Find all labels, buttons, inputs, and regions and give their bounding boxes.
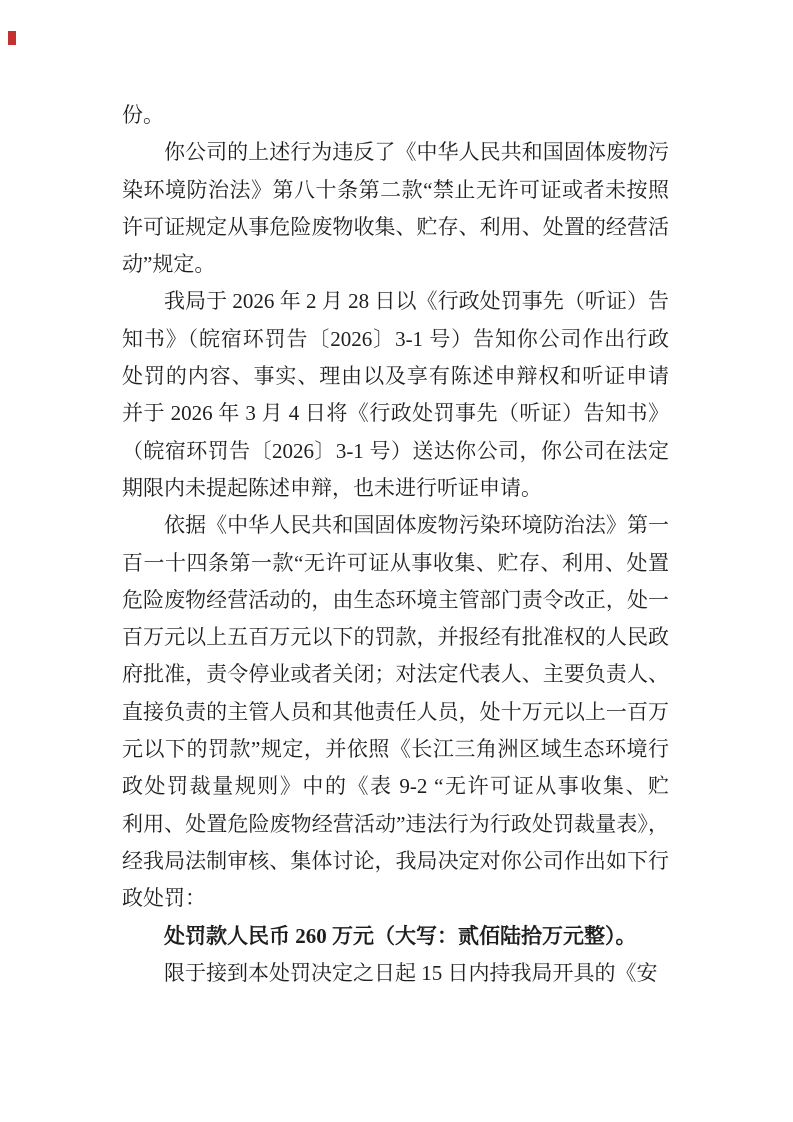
- carryover-line: 份。: [122, 97, 669, 134]
- penalty-amount: 处罚款人民币 260 万元（大写：贰佰陆拾万元整）。: [122, 918, 669, 955]
- text-line: 并于 2026 年 3 月 4 日将《行政处罚事先（听证）告知书》: [122, 395, 669, 432]
- text-line: 处罚的内容、事实、理由以及享有陈述申辩权和听证申请权，: [122, 358, 669, 395]
- text-line: 我局于 2026 年 2 月 28 日以《行政处罚事先（听证）告: [122, 283, 669, 320]
- text-line: 政处罚：: [122, 880, 669, 917]
- prior-notification: 我局于 2026 年 2 月 28 日以《行政处罚事先（听证）告知书》（皖宿环罚…: [122, 283, 669, 507]
- text-line: 你公司的上述行为违反了《中华人民共和国固体废物污: [122, 134, 669, 171]
- text-line: 危险废物经营活动的，由生态环境主管部门责令改正，处一: [122, 582, 669, 619]
- document-page: 份。你公司的上述行为违反了《中华人民共和国固体废物污染环境防治法》第八十条第二款…: [0, 0, 793, 1122]
- violation-clause: 你公司的上述行为违反了《中华人民共和国固体废物污染环境防治法》第八十条第二款“禁…: [122, 134, 669, 283]
- text-line: 知书》（皖宿环罚告〔2026〕3-1 号）告知你公司作出行政: [122, 321, 669, 358]
- legal-basis: 依据《中华人民共和国固体废物污染环境防治法》第一百一十四条第一款“无许可证从事收…: [122, 507, 669, 917]
- text-line: 许可证规定从事危险废物收集、贮存、利用、处置的经营活: [122, 209, 669, 246]
- text-line: 依据《中华人民共和国固体废物污染环境防治法》第一: [122, 507, 669, 544]
- text-line: 处罚款人民币 260 万元（大写：贰佰陆拾万元整）。: [122, 918, 669, 955]
- text-line: 经我局法制审核、集体讨论，我局决定对你公司作出如下行: [122, 843, 669, 880]
- text-line: 动”规定。: [122, 246, 669, 283]
- document-body: 份。你公司的上述行为违反了《中华人民共和国固体废物污染环境防治法》第八十条第二款…: [122, 97, 669, 992]
- text-line: 限于接到本处罚决定之日起 15 日内持我局开具的《安: [122, 955, 669, 992]
- scan-artifact-red-mark: [8, 31, 16, 45]
- text-line: 直接负责的主管人员和其他责任人员，处十万元以上一百万: [122, 694, 669, 731]
- text-line: 元以下的罚款”规定，并依照《长江三角洲区域生态环境行: [122, 731, 669, 768]
- text-line: 份。: [122, 97, 669, 134]
- text-line: 期限内未提起陈述申辩，也未进行听证申请。: [122, 470, 669, 507]
- text-line: 政处罚裁量规则》中的《表 9-2 “无许可证从事收集、贮存、: [122, 768, 669, 805]
- text-line: 百万元以上五百万元以下的罚款，并报经有批准权的人民政: [122, 619, 669, 656]
- text-line: 利用、处置危险废物经营活动”违法行为行政处罚裁量表》，: [122, 806, 669, 843]
- text-line: 府批准，责令停业或者关闭；对法定代表人、主要负责人、: [122, 656, 669, 693]
- text-line: （皖宿环罚告〔2026〕3-1 号）送达你公司，你公司在法定: [122, 433, 669, 470]
- text-line: 染环境防治法》第八十条第二款“禁止无许可证或者未按照: [122, 172, 669, 209]
- text-line: 百一十四条第一款“无许可证从事收集、贮存、利用、处置: [122, 545, 669, 582]
- payment-instruction: 限于接到本处罚决定之日起 15 日内持我局开具的《安: [122, 955, 669, 992]
